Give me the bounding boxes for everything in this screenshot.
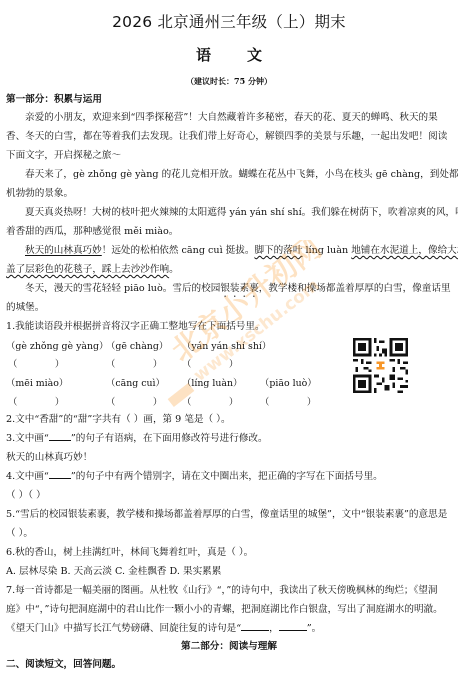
answer-blank[interactable]: （ ）: [260, 394, 316, 408]
answer-blank[interactable]: [241, 622, 269, 631]
section-heading: 二、阅读短文，回答问题。: [6, 658, 121, 672]
subject-title: 语文: [0, 44, 458, 65]
pinyin-prompt: （mēi miào）: [6, 375, 68, 389]
summer-paragraph: 着香甜的西瓜，那种感觉很 měi miào。: [6, 225, 178, 239]
pinyin-prompt: （gē chàng）: [106, 338, 168, 352]
text: 冬天，漫天的雪花轻轻 piāo luò。雪后的校园: [25, 283, 220, 294]
question-6-options: A. 层林尽染 B. 天高云淡 C. 金桂飘香 D. 果实累累: [6, 565, 221, 579]
exam-title: 2026 北京通州三年级（上）期末: [0, 10, 458, 32]
pinyin-prompt: （piāo luò）: [260, 375, 317, 389]
text: ”的句子有语病，在下面用修改符号进行修改。: [71, 433, 268, 444]
intro-line: 亲爱的小朋友，欢迎来到“四季探秘营”！大自然藏着许多秘密，春天的花、夏天的蝉鸣、…: [25, 111, 438, 125]
underlined-sentence: 秋天的山林真巧妙: [25, 245, 102, 256]
wavy-underlined-text: 脚下的落叶: [254, 245, 302, 256]
spring-paragraph: 机勃勃的景象。: [6, 187, 73, 201]
question-2: 2.文中“香甜”的“甜”字共有（ ）画，第 9 笔是（ ）。: [6, 413, 231, 427]
pinyin-prompt: （yán yán shí shí）: [182, 338, 271, 352]
text: ”的句子中有两个错别字，请在文中圈出来，把正确的字写在下面括号里。: [71, 471, 383, 482]
answer-blank[interactable]: [279, 622, 307, 631]
question-5-blank[interactable]: （ ）。: [6, 527, 33, 541]
subject-char: 文: [247, 46, 262, 64]
text: ”。: [307, 623, 322, 634]
text: ，: [269, 623, 279, 634]
answer-blank[interactable]: （ ）: [182, 394, 238, 408]
question-1-prompt: 1.我能读语段并根据拼音将汉字正确工整地写在下面括号里。: [6, 320, 265, 334]
underline-mark: [49, 470, 71, 479]
intro-line: 下面文字，开启探秘之旅～: [6, 149, 121, 163]
pinyin: líng luàn: [302, 245, 351, 256]
question-5: 5.“雪后的校园银装素裹，教学楼和操场都盖着厚厚的白雪，像童话里的城堡”，文中“…: [6, 508, 447, 522]
pinyin-prompt: （líng luàn）: [182, 375, 242, 389]
pinyin-prompt: （gè zhǒng gè yàng）: [6, 338, 108, 352]
part1-heading: 第一部分：积累与运用: [6, 93, 102, 107]
text: 。: [169, 264, 179, 275]
wavy-underlined-text: 地铺在水泥道上，像给大地: [351, 245, 458, 256]
part2-heading: 第二部分：阅读与理解: [0, 640, 458, 654]
winter-paragraph: 的城堡。: [6, 301, 44, 315]
subject-char: 语: [196, 46, 211, 64]
underline-mark: [49, 432, 71, 441]
question-3-prompt: 3.文中画“”的句子有语病，在下面用修改符号进行修改。: [6, 432, 268, 446]
answer-blank[interactable]: （ ）: [8, 356, 64, 370]
question-6: 6.秋的香山，树上挂满红叶，林间飞舞着红叶，真是（ ）。: [6, 546, 253, 560]
question-4-answer-blanks[interactable]: （ ）（ ）: [6, 489, 46, 503]
answer-blank[interactable]: （ ）: [182, 356, 238, 370]
text: ！远处的松柏依然 cāng cuì 挺拔。: [102, 245, 255, 256]
dotted-phrase: 银装素裹: [220, 283, 258, 294]
question-7: 7.每一首诗都是一幅美丽的图画。从杜牧《山行》“，”的诗句中，我读出了秋天傍晚枫…: [6, 584, 438, 598]
suggested-duration: （建议时长：75 分钟）: [0, 76, 458, 87]
answer-blank[interactable]: （ ）: [106, 356, 162, 370]
question-3-sentence: 秋天的山林真巧妙！: [6, 451, 92, 465]
summer-paragraph: 夏天真炎热呀！大树的枝叶把火辣辣的太阳遮得 yán yán shí shí。我们…: [25, 206, 458, 220]
text: 3.文中画“: [6, 433, 49, 444]
answer-blank[interactable]: （ ）: [106, 394, 162, 408]
question-4-prompt: 4.文中画“”的句子中有两个错别字，请在文中圈出来，把正确的字写在下面括号里。: [6, 470, 383, 484]
question-7: 庭》中“，”诗句把洞庭湖中的君山比作一颗小小的青螺，把洞庭湖比作白银盘，写出了洞…: [6, 603, 443, 617]
qr-code: [353, 338, 408, 393]
winter-paragraph: 冬天，漫天的雪花轻轻 piāo luò。雪后的校园银装素裹，教学楼和操场都盖着厚…: [25, 282, 451, 300]
answer-blank[interactable]: （ ）: [8, 394, 64, 408]
spring-paragraph: 春天来了，gè zhǒng gè yàng 的花儿竞相开放。蝴蝶在花丛中飞舞，小…: [25, 168, 458, 182]
autumn-paragraph: 秋天的山林真巧妙！远处的松柏依然 cāng cuì 挺拔。脚下的落叶 líng …: [25, 244, 458, 258]
text: ，教学楼和操场都盖着厚厚的白雪，像童话里: [259, 283, 451, 294]
autumn-paragraph: 盖了层彩色的花毯子，踩上去沙沙作响。: [6, 263, 179, 277]
intro-line: 香、冬天的白雪，都在等着我们去发现。让我们带上好奇心，解锁四季的美景与乐趣，一起…: [6, 130, 447, 144]
pinyin-prompt: （cāng cuì）: [106, 375, 165, 389]
question-7: 《望天门山》中描写长江气势磅礴、回旋往复的诗句是“，”。: [6, 622, 321, 636]
text: 《望天门山》中描写长江气势磅礴、回旋往复的诗句是“: [6, 623, 241, 634]
text: 4.文中画“: [6, 471, 49, 482]
exam-page: 2026 北京通州三年级（上）期末 语文 （建议时长：75 分钟） 第一部分：积…: [0, 0, 458, 673]
wavy-underlined-text: 盖了层彩色的花毯子，踩上去沙沙作响: [6, 264, 169, 275]
